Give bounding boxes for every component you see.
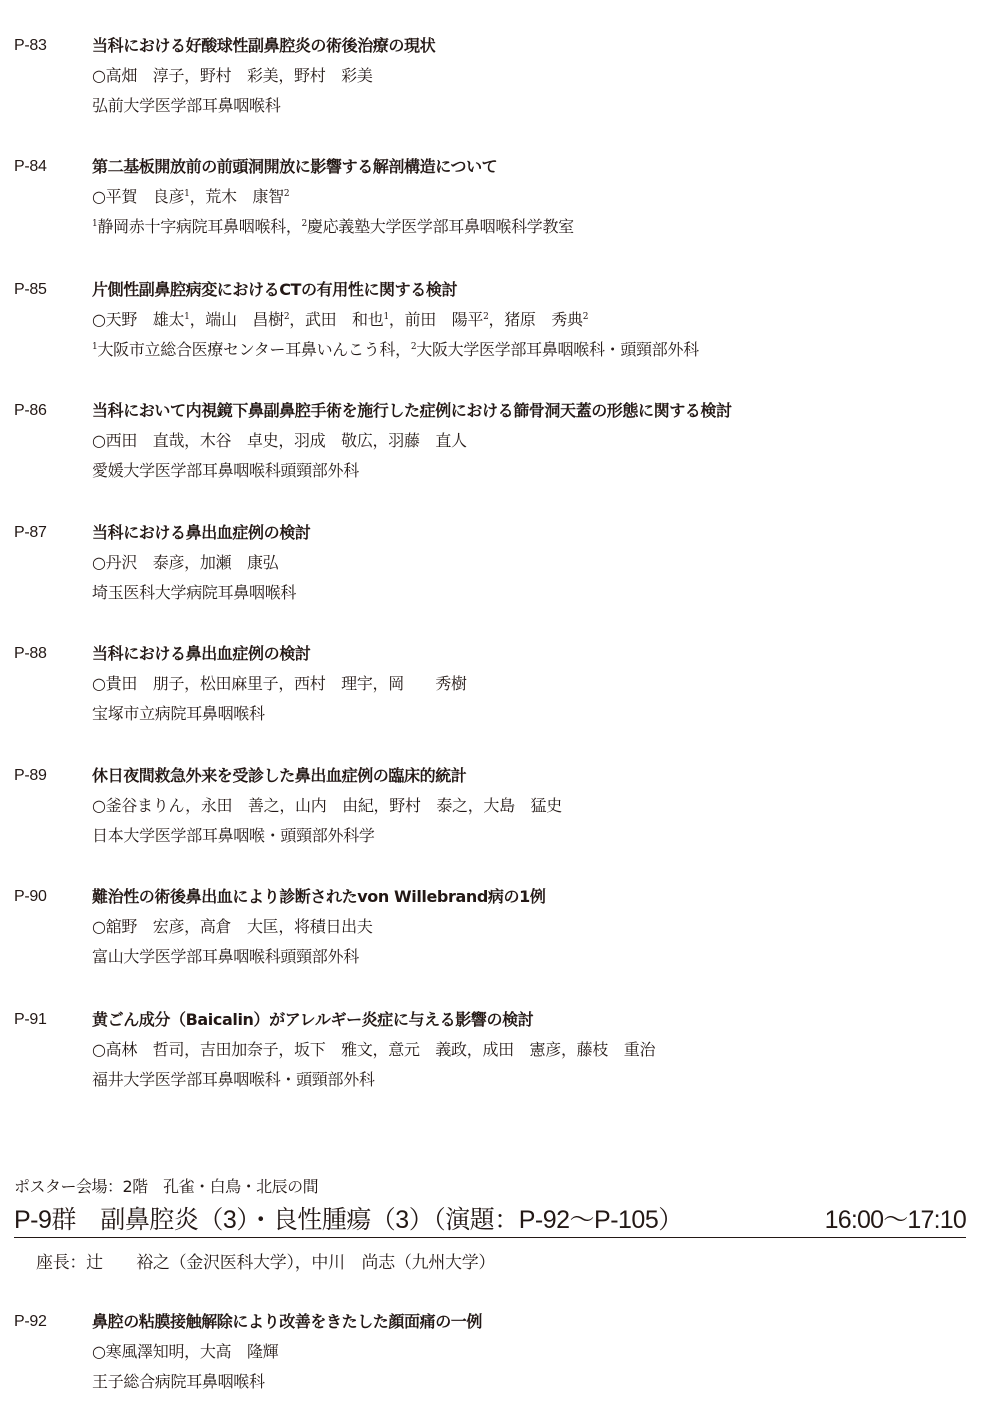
affiliation: 弘前大学医学部耳鼻咽喉科 [92,96,280,116]
abstract-title: 当科において内視鏡下鼻副鼻腔手術を施行した症例における篩骨洞天蓋の形態に関する検… [92,401,732,421]
author-text: ，猪原 秀典 [489,310,583,329]
author-text: ○高畑 淳子，野村 彩美，野村 彩美 [92,66,373,85]
author-text: ○貴田 朋子，松田麻里子，西村 理宇，岡 秀樹 [92,674,467,693]
author-text: ，武田 和也 [289,310,383,329]
author-list: ○釜谷まりん，永田 善之，山内 由紀，野村 泰之，大島 猛史 [92,796,562,816]
affiliation-text: 王子総合病院耳鼻咽喉科 [92,1372,265,1391]
affiliation-text: 埼玉医科大学病院耳鼻咽喉科 [92,583,296,602]
session-chairs: 座長：辻 裕之（金沢医科大学），中川 尚志（九州大学） [36,1252,495,1274]
author-list: ○平賀 良彦1，荒木 康智2 [92,187,289,207]
abstract-id: P-85 [14,280,47,300]
author-text: ○舘野 宏彦，高倉 大匡，将積日出夫 [92,917,373,936]
affiliation: 埼玉医科大学病院耳鼻咽喉科 [92,583,296,603]
abstract-id: P-90 [14,887,47,907]
session-time: 16:00～17:10 [825,1205,966,1235]
abstract-id: P-86 [14,401,47,421]
author-superscript: 2 [284,189,289,199]
abstract-title: 難治性の術後鼻出血により診断されたvon Willebrand病の1例 [92,887,545,907]
session-title: P-9群 副鼻腔炎（3）・良性腫瘍（3）（演題：P-92～P-105） [14,1205,683,1235]
affiliation-text: 大阪市立総合医療センター耳鼻いんこう科， [97,340,410,359]
affiliation: 日本大学医学部耳鼻咽喉・頭頸部外科学 [92,826,375,846]
affiliation: 王子総合病院耳鼻咽喉科 [92,1372,265,1392]
author-text: ○丹沢 泰彦，加瀬 康弘 [92,553,278,572]
affiliation-text: 宝塚市立病院耳鼻咽喉科 [92,704,265,723]
abstract-id: P-87 [14,523,47,543]
author-list: ○西田 直哉，木谷 卓史，羽成 敬広，羽藤 直人 [92,431,467,451]
abstract-title: 黄ごん成分（Baicalin）がアレルギー炎症に与える影響の検討 [92,1010,533,1030]
affiliation: 宝塚市立病院耳鼻咽喉科 [92,704,265,724]
abstract-id: P-84 [14,157,47,177]
affiliation: 福井大学医学部耳鼻咽喉科・頭頸部外科 [92,1070,375,1090]
author-text: ，前田 陽平 [389,310,483,329]
author-text: ○西田 直哉，木谷 卓史，羽成 敬広，羽藤 直人 [92,431,467,450]
affiliation: 愛媛大学医学部耳鼻咽喉科頭頸部外科 [92,461,359,481]
author-list: ○寒風澤知明，大高 隆輝 [92,1342,278,1362]
affiliation-text: 静岡赤十字病院耳鼻咽喉科， [97,217,301,236]
author-list: ○高林 哲司，吉田加奈子，坂下 雅文，意元 義政，成田 憲彦，藤枝 重治 [92,1040,655,1060]
poster-venue: ポスター会場：2階 孔雀・白鳥・北辰の間 [14,1177,318,1197]
affiliation-text: 大阪大学医学部耳鼻咽喉科・頭頸部外科 [416,340,699,359]
abstract-id: P-83 [14,36,47,56]
affiliation: 富山大学医学部耳鼻咽喉科頭頸部外科 [92,947,359,967]
affiliation-text: 弘前大学医学部耳鼻咽喉科 [92,96,280,115]
abstract-title: 当科における鼻出血症例の検討 [92,644,310,664]
author-list: ○舘野 宏彦，高倉 大匡，将積日出夫 [92,917,373,937]
author-text: ，端山 昌樹 [190,310,284,329]
affiliation-text: 日本大学医学部耳鼻咽喉・頭頸部外科学 [92,826,375,845]
author-superscript: 2 [583,312,588,322]
author-text: ○高林 哲司，吉田加奈子，坂下 雅文，意元 義政，成田 憲彦，藤枝 重治 [92,1040,655,1059]
author-text: ，荒木 康智 [190,187,284,206]
author-list: ○天野 雄太1，端山 昌樹2，武田 和也1，前田 陽平2，猪原 秀典2 [92,310,588,330]
abstract-title: 当科における鼻出血症例の検討 [92,523,310,543]
abstract-id: P-89 [14,766,47,786]
author-text: ○釜谷まりん，永田 善之，山内 由紀，野村 泰之，大島 猛史 [92,796,562,815]
abstract-title: 第二基板開放前の前頭洞開放に影響する解剖構造について [92,157,497,177]
abstract-id: P-88 [14,644,47,664]
session-header: P-9群 副鼻腔炎（3）・良性腫瘍（3）（演題：P-92～P-105） 16:0… [14,1205,966,1238]
author-text: ○平賀 良彦 [92,187,184,206]
affiliation: 1大阪市立総合医療センター耳鼻いんこう科，2大阪大学医学部耳鼻咽喉科・頭頸部外科 [92,340,699,360]
affiliation: 1静岡赤十字病院耳鼻咽喉科，2慶応義塾大学医学部耳鼻咽喉科学教室 [92,217,574,237]
affiliation-text: 慶応義塾大学医学部耳鼻咽喉科学教室 [307,217,574,236]
affiliation-text: 愛媛大学医学部耳鼻咽喉科頭頸部外科 [92,461,359,480]
author-list: ○丹沢 泰彦，加瀬 康弘 [92,553,278,573]
author-list: ○貴田 朋子，松田麻里子，西村 理宇，岡 秀樹 [92,674,467,694]
abstract-title: 休日夜間救急外来を受診した鼻出血症例の臨床的統計 [92,766,466,786]
abstract-title: 片側性副鼻腔病変におけるCTの有用性に関する検討 [92,280,457,300]
affiliation-text: 福井大学医学部耳鼻咽喉科・頭頸部外科 [92,1070,375,1089]
author-list: ○高畑 淳子，野村 彩美，野村 彩美 [92,66,373,86]
affiliation-text: 富山大学医学部耳鼻咽喉科頭頸部外科 [92,947,359,966]
abstract-id: P-91 [14,1010,47,1030]
abstract-title: 当科における好酸球性副鼻腔炎の術後治療の現状 [92,36,435,56]
abstract-title: 鼻腔の粘膜接触解除により改善をきたした顔面痛の一例 [92,1312,482,1332]
author-text: ○寒風澤知明，大高 隆輝 [92,1342,278,1361]
abstract-id: P-92 [14,1312,47,1332]
author-text: ○天野 雄太 [92,310,184,329]
